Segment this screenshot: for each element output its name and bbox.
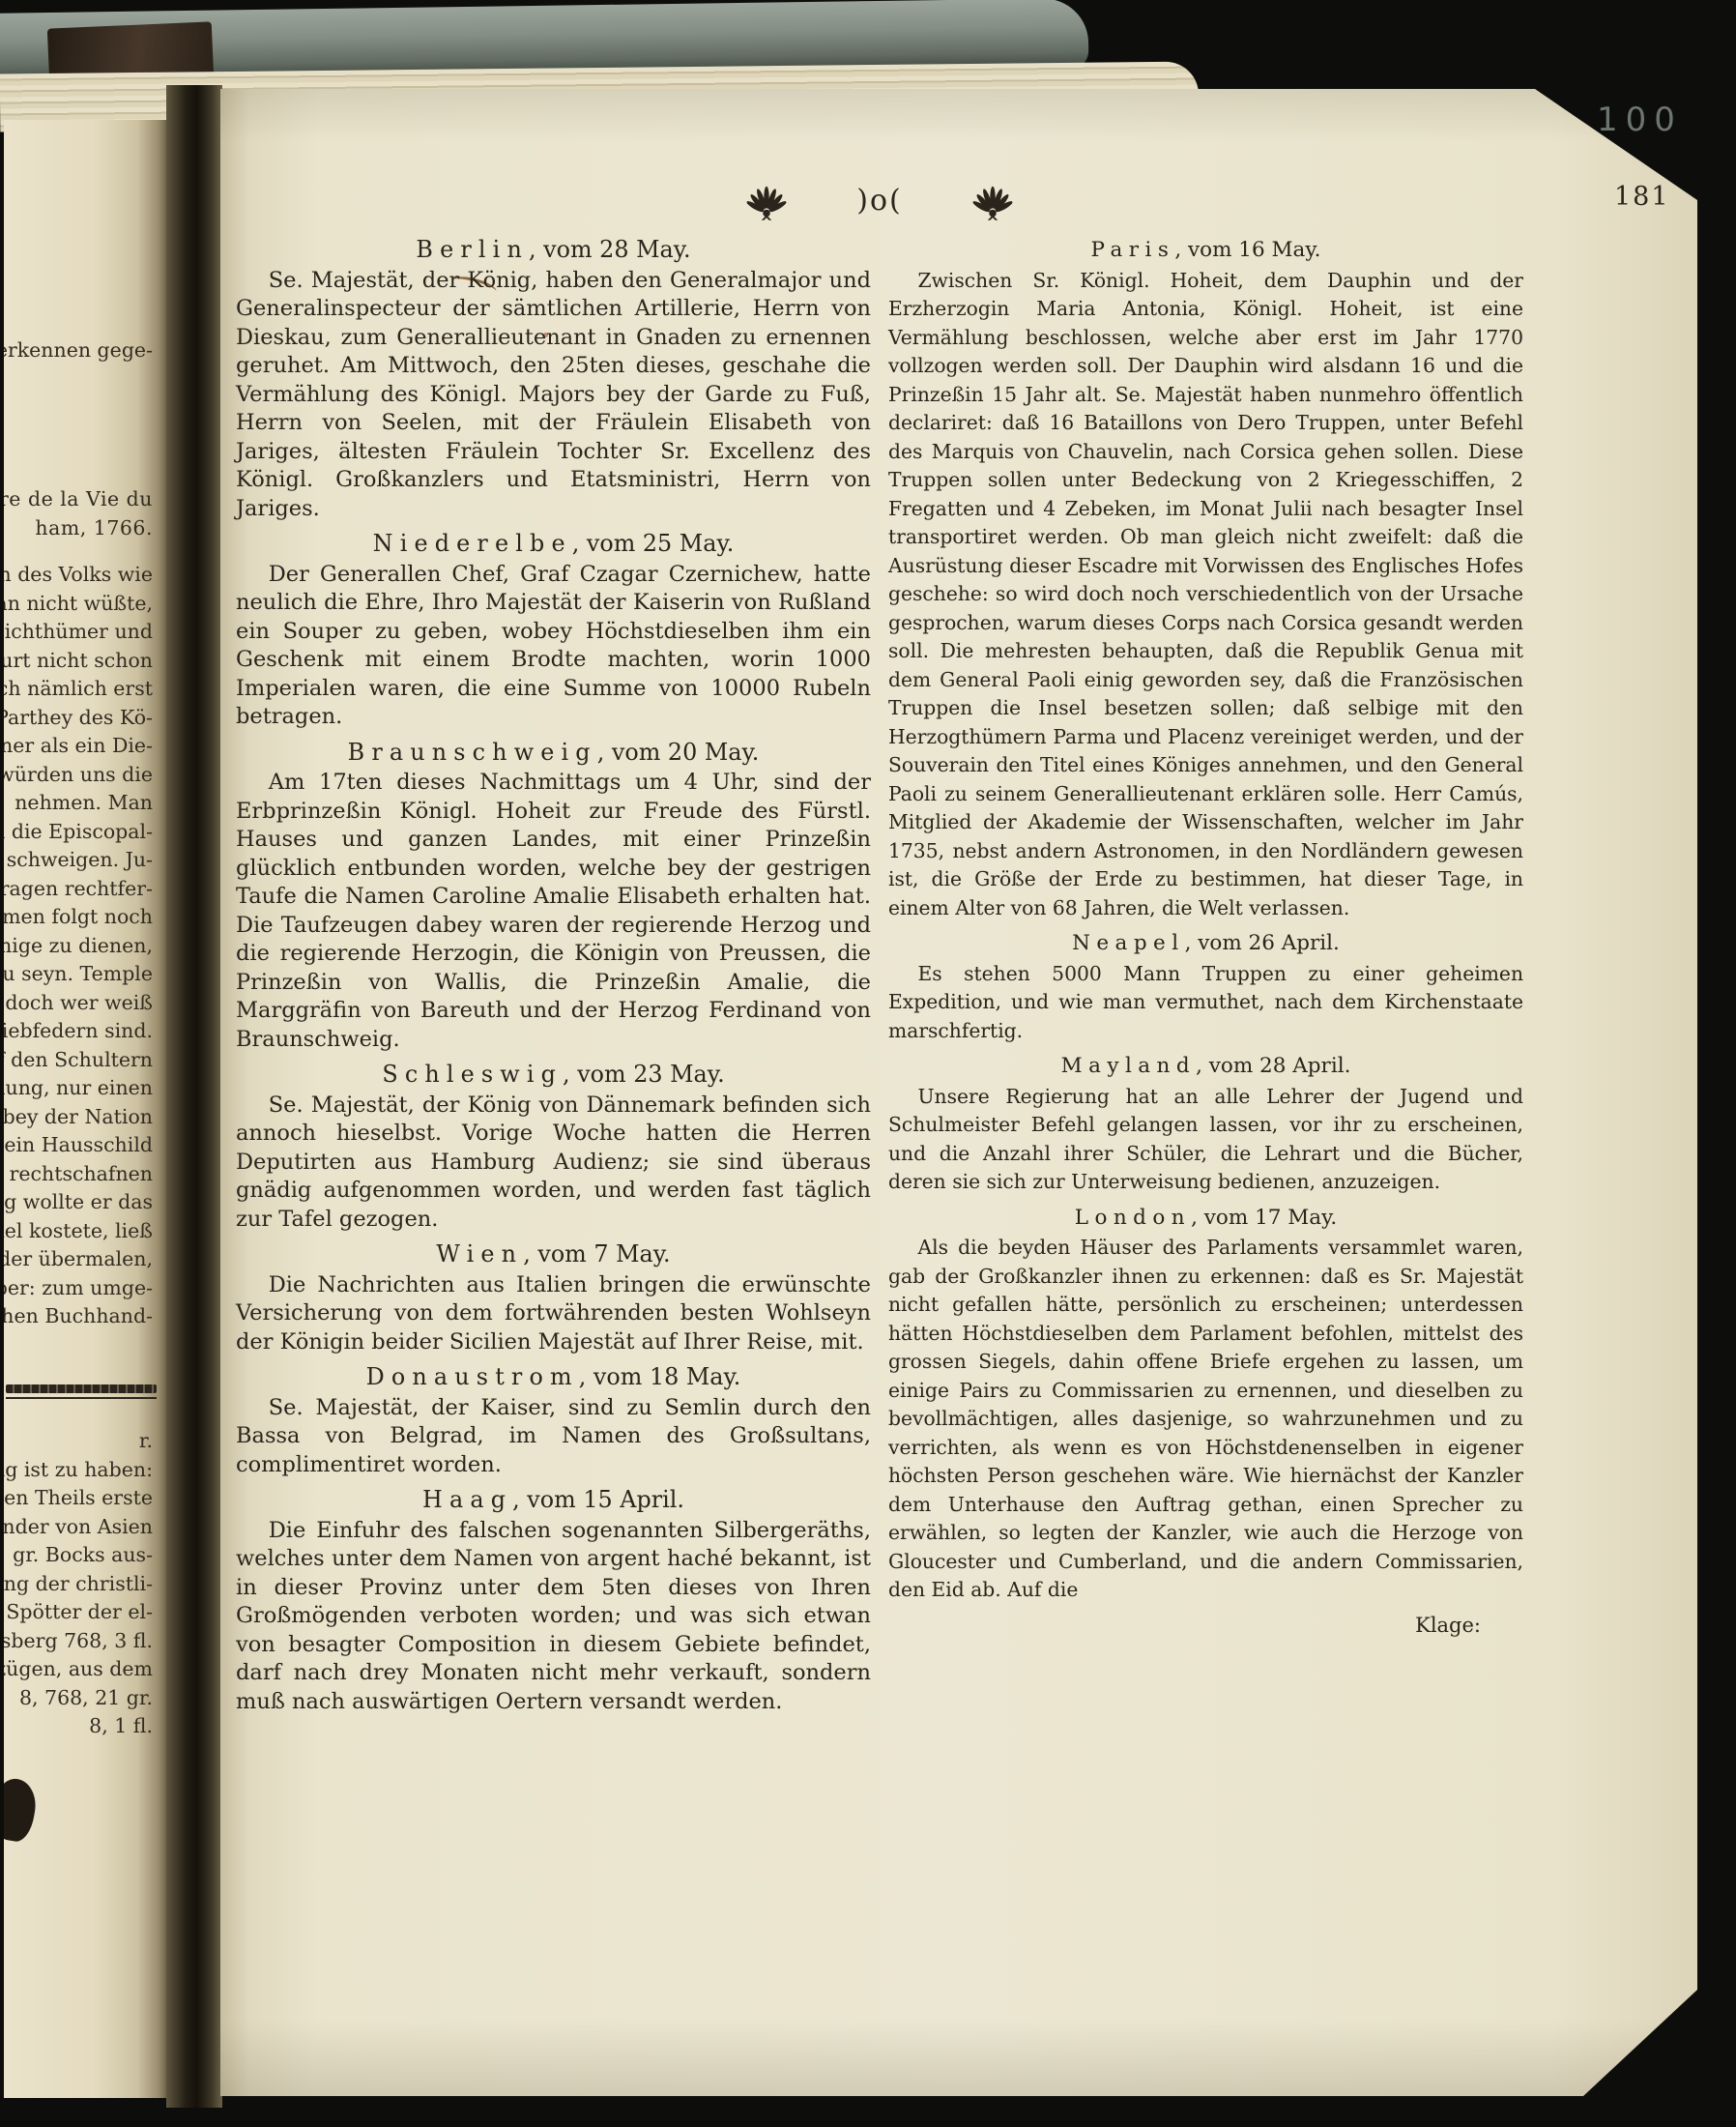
section-dateline: Niederelbe, vom 25 May. xyxy=(236,530,871,559)
left-page-fragment-block: len des Volks wieman nicht wüßte,Reichth… xyxy=(4,561,153,1331)
left-page-text-fragment: erschen Buchhand- xyxy=(4,1302,153,1331)
dateline-city: Niederelbe xyxy=(373,530,572,557)
dateline-city: Donaustrom xyxy=(366,1363,579,1390)
news-section: Wien, vom 7 May. Die Nachrichten aus Ita… xyxy=(236,1240,871,1356)
left-page-text-fragment: ng wollte er das xyxy=(4,1188,153,1217)
left-page-text-fragment: nehmen. Man xyxy=(4,789,153,818)
left-page-text-fragment: Triebfedern sind. xyxy=(4,1017,153,1046)
section-body: Am 17ten dieses Nachmittags um 4 Uhr, si… xyxy=(236,769,871,1054)
section-body: Es stehen 5000 Mann Truppen zu einer geh… xyxy=(888,960,1523,1046)
ornament-fragment xyxy=(4,1776,40,1844)
left-page-text-fragment: viel kostete, ließ xyxy=(4,1217,153,1246)
news-section: Paris, vom 16 May. Zwischen Sr. Königl. … xyxy=(888,236,1523,922)
section-dateline: Wien, vom 7 May. xyxy=(236,1240,871,1269)
dateline-city: Berlin xyxy=(416,236,529,263)
left-page-text-fragment: dit bey der Nation xyxy=(4,1103,153,1132)
left-page-text-fragment: Betragen rechtfer- xyxy=(4,875,153,904)
news-section: Donaustrom, vom 18 May. Se. Majestät, de… xyxy=(236,1363,871,1479)
section-dateline: London, vom 17 May. xyxy=(888,1204,1523,1233)
section-body: Als die beyden Häuser des Parlaments ver… xyxy=(888,1234,1523,1605)
news-section: Haag, vom 15 April. Die Einfuhr des fals… xyxy=(236,1486,871,1716)
foliation-stamp: 100 xyxy=(1597,101,1683,139)
section-body: Der Generallen Chef, Graf Czagar Czernic… xyxy=(236,561,871,732)
left-page-text-fragment: Geburt nicht schon xyxy=(4,647,153,676)
news-section: Braunschweig, vom 20 May. Am 17ten diese… xyxy=(236,739,871,1055)
dateline-date: , vom 18 May. xyxy=(579,1363,741,1390)
ornamental-rule-line xyxy=(6,1397,157,1399)
left-page-text-fragment: 5ten Theils erste xyxy=(4,1484,153,1513)
dateline-city: Mayland xyxy=(1061,1054,1196,1078)
left-page-text-fragment: ufzügen, aus dem xyxy=(4,1655,153,1684)
dateline-city: Braunschweig xyxy=(348,739,597,766)
left-page-text-fragment: , sich nämlich erst xyxy=(4,675,153,704)
dateline-date: , vom 26 April. xyxy=(1185,931,1340,955)
left-page-text-fragment: r, doch wer weiß xyxy=(4,989,153,1018)
dateline-date: , vom 28 April. xyxy=(1196,1054,1350,1078)
section-body: Unsere Regierung hat an alle Lehrer der … xyxy=(888,1083,1523,1197)
news-section: Niederelbe, vom 25 May. Der Generallen C… xyxy=(236,530,871,732)
news-section: Berlin, vom 28 May. Se. Majestät, der Kö… xyxy=(236,236,871,523)
dateline-city: Neapel xyxy=(1072,931,1184,955)
news-section: Neapel, vom 26 April. Es stehen 5000 Man… xyxy=(888,929,1523,1045)
section-body: Zwischen Sr. Königl. Hoheit, dem Dauphin… xyxy=(888,267,1523,923)
header-separator: )o( xyxy=(856,184,902,218)
news-section: Mayland, vom 28 April. Unsere Regierung … xyxy=(888,1052,1523,1197)
left-page-text-fragment: rüber: zum umge- xyxy=(4,1274,153,1303)
news-column-left: Berlin, vom 28 May. Se. Majestät, der Kö… xyxy=(236,234,871,1723)
book-gutter xyxy=(166,85,222,2108)
section-dateline: Donaustrom, vom 18 May. xyxy=(236,1363,871,1392)
dateline-city: London xyxy=(1075,1206,1191,1230)
page-header: )o( xyxy=(236,186,1523,220)
left-page-text-fragment: würden uns die xyxy=(4,761,153,790)
dateline-city: Paris xyxy=(1091,238,1175,262)
news-column-right: Paris, vom 16 May. Zwischen Sr. Königl. … xyxy=(888,234,1523,1723)
dateline-date: , vom 25 May. xyxy=(572,530,735,557)
facing-page: zu erkennen gege- ire de la Vie duham, 1… xyxy=(4,120,166,2098)
left-page-text-fragment: egen die Episcopal- xyxy=(4,818,153,847)
page-number: 181 xyxy=(1614,182,1670,212)
left-page-text-fragment: enung, nur einen xyxy=(4,1074,153,1103)
left-page-text-fragment: r. xyxy=(4,1427,153,1456)
left-page-text-fragment: ham, 1766. xyxy=(4,514,153,543)
left-page-text-fragment: man nicht wüßte, xyxy=(4,590,153,619)
dateline-city: Haag xyxy=(422,1486,512,1513)
news-section: Schleswig, vom 23 May. Se. Majestät, der… xyxy=(236,1061,871,1234)
left-page-text-fragment: zu erkennen gege- xyxy=(4,336,153,365)
book-page: )o( 181 Berlin, vom 28 May. Se. Majestät… xyxy=(220,89,1697,2096)
dateline-date: , vom 15 April. xyxy=(512,1486,684,1513)
dateline-date: , vom 28 May. xyxy=(529,236,691,263)
left-page-text-fragment: jener als ein Die- xyxy=(4,732,153,761)
left-page-text-fragment: ng ist zu haben: xyxy=(4,1456,153,1485)
section-body: Se. Majestät, der König von Dännemark be… xyxy=(236,1092,871,1235)
left-page-text-fragment: Examen folgt noch xyxy=(4,903,153,932)
left-page-text-fragment: Zum rechtschafnen xyxy=(4,1160,153,1189)
left-page-text-fragment: 8, 768, 21 gr. xyxy=(4,1684,153,1713)
left-page-text-fragment: ire de la Vie du xyxy=(4,485,153,514)
left-page-text-fragment: zu seyn. Temple xyxy=(4,960,153,989)
left-page-text-fragment: uf den Schultern xyxy=(4,1046,153,1075)
shell-ornament-icon xyxy=(744,186,789,220)
section-dateline: Mayland, vom 28 April. xyxy=(888,1052,1523,1081)
dateline-date: , vom 17 May. xyxy=(1191,1206,1337,1230)
left-page-text-fragment: 8, 1 fl. xyxy=(4,1712,153,1741)
left-page-text-fragment: igsberg 768, 3 fl. xyxy=(4,1627,153,1656)
ornamental-rule xyxy=(6,1384,157,1399)
section-dateline: Braunschweig, vom 20 May. xyxy=(236,739,871,768)
left-page-text-fragment: Könige zu dienen, xyxy=(4,932,153,961)
section-dateline: Berlin, vom 28 May. xyxy=(236,236,871,265)
news-section: London, vom 17 May. Als die beyden Häuse… xyxy=(888,1204,1523,1605)
section-body: Die Einfuhr des falschen sogenannten Sil… xyxy=(236,1517,871,1717)
left-page-text-fragment: Reichthümer und xyxy=(4,618,153,647)
ornamental-rule-band xyxy=(6,1384,157,1393)
dateline-date: , vom 16 May. xyxy=(1174,238,1320,262)
dateline-city: Schleswig xyxy=(382,1061,563,1088)
section-body: Se. Majestät, der König, haben den Gener… xyxy=(236,267,871,524)
catchword: Klage: xyxy=(888,1612,1523,1641)
left-page-text-fragment: gung der christli- xyxy=(4,1570,153,1599)
section-dateline: Schleswig, vom 23 May. xyxy=(236,1061,871,1090)
left-page-antiqua-fragment: ire de la Vie duham, 1766. xyxy=(4,485,153,542)
section-dateline: Neapel, vom 26 April. xyxy=(888,929,1523,958)
left-page-text-fragment: d Spötter der el- xyxy=(4,1598,153,1627)
left-page-text-fragment: gr. Bocks aus- xyxy=(4,1541,153,1570)
section-dateline: Paris, vom 16 May. xyxy=(888,236,1523,265)
left-page-text-fragment: Länder von Asien xyxy=(4,1513,153,1542)
section-dateline: Haag, vom 15 April. xyxy=(236,1486,871,1515)
left-page-fragment-block: r.ng ist zu haben:5ten Theils ersteLände… xyxy=(4,1427,153,1741)
text-columns: Berlin, vom 28 May. Se. Majestät, der Kö… xyxy=(236,234,1523,1723)
left-page-text-fragment: r Parthey des Kö- xyxy=(4,704,153,733)
left-page-text-fragment: leider übermalen, xyxy=(4,1245,153,1274)
left-page-text-fragment: f sein Hausschild xyxy=(4,1131,153,1160)
dateline-date: , vom 7 May. xyxy=(523,1240,670,1267)
left-page-text-fragment: e schweigen. Ju- xyxy=(4,846,153,875)
section-body: Die Nachrichten aus Italien bringen die … xyxy=(236,1271,871,1357)
dateline-city: Wien xyxy=(436,1240,523,1267)
shell-ornament-icon xyxy=(970,186,1015,220)
section-body: Se. Majestät, der Kaiser, sind zu Semlin… xyxy=(236,1394,871,1480)
dateline-date: , vom 23 May. xyxy=(563,1061,725,1088)
dateline-date: , vom 20 May. xyxy=(597,739,760,766)
news-column-right-sections: Paris, vom 16 May. Zwischen Sr. Königl. … xyxy=(888,236,1523,1605)
left-page-text-fragment: len des Volks wie xyxy=(4,561,153,590)
